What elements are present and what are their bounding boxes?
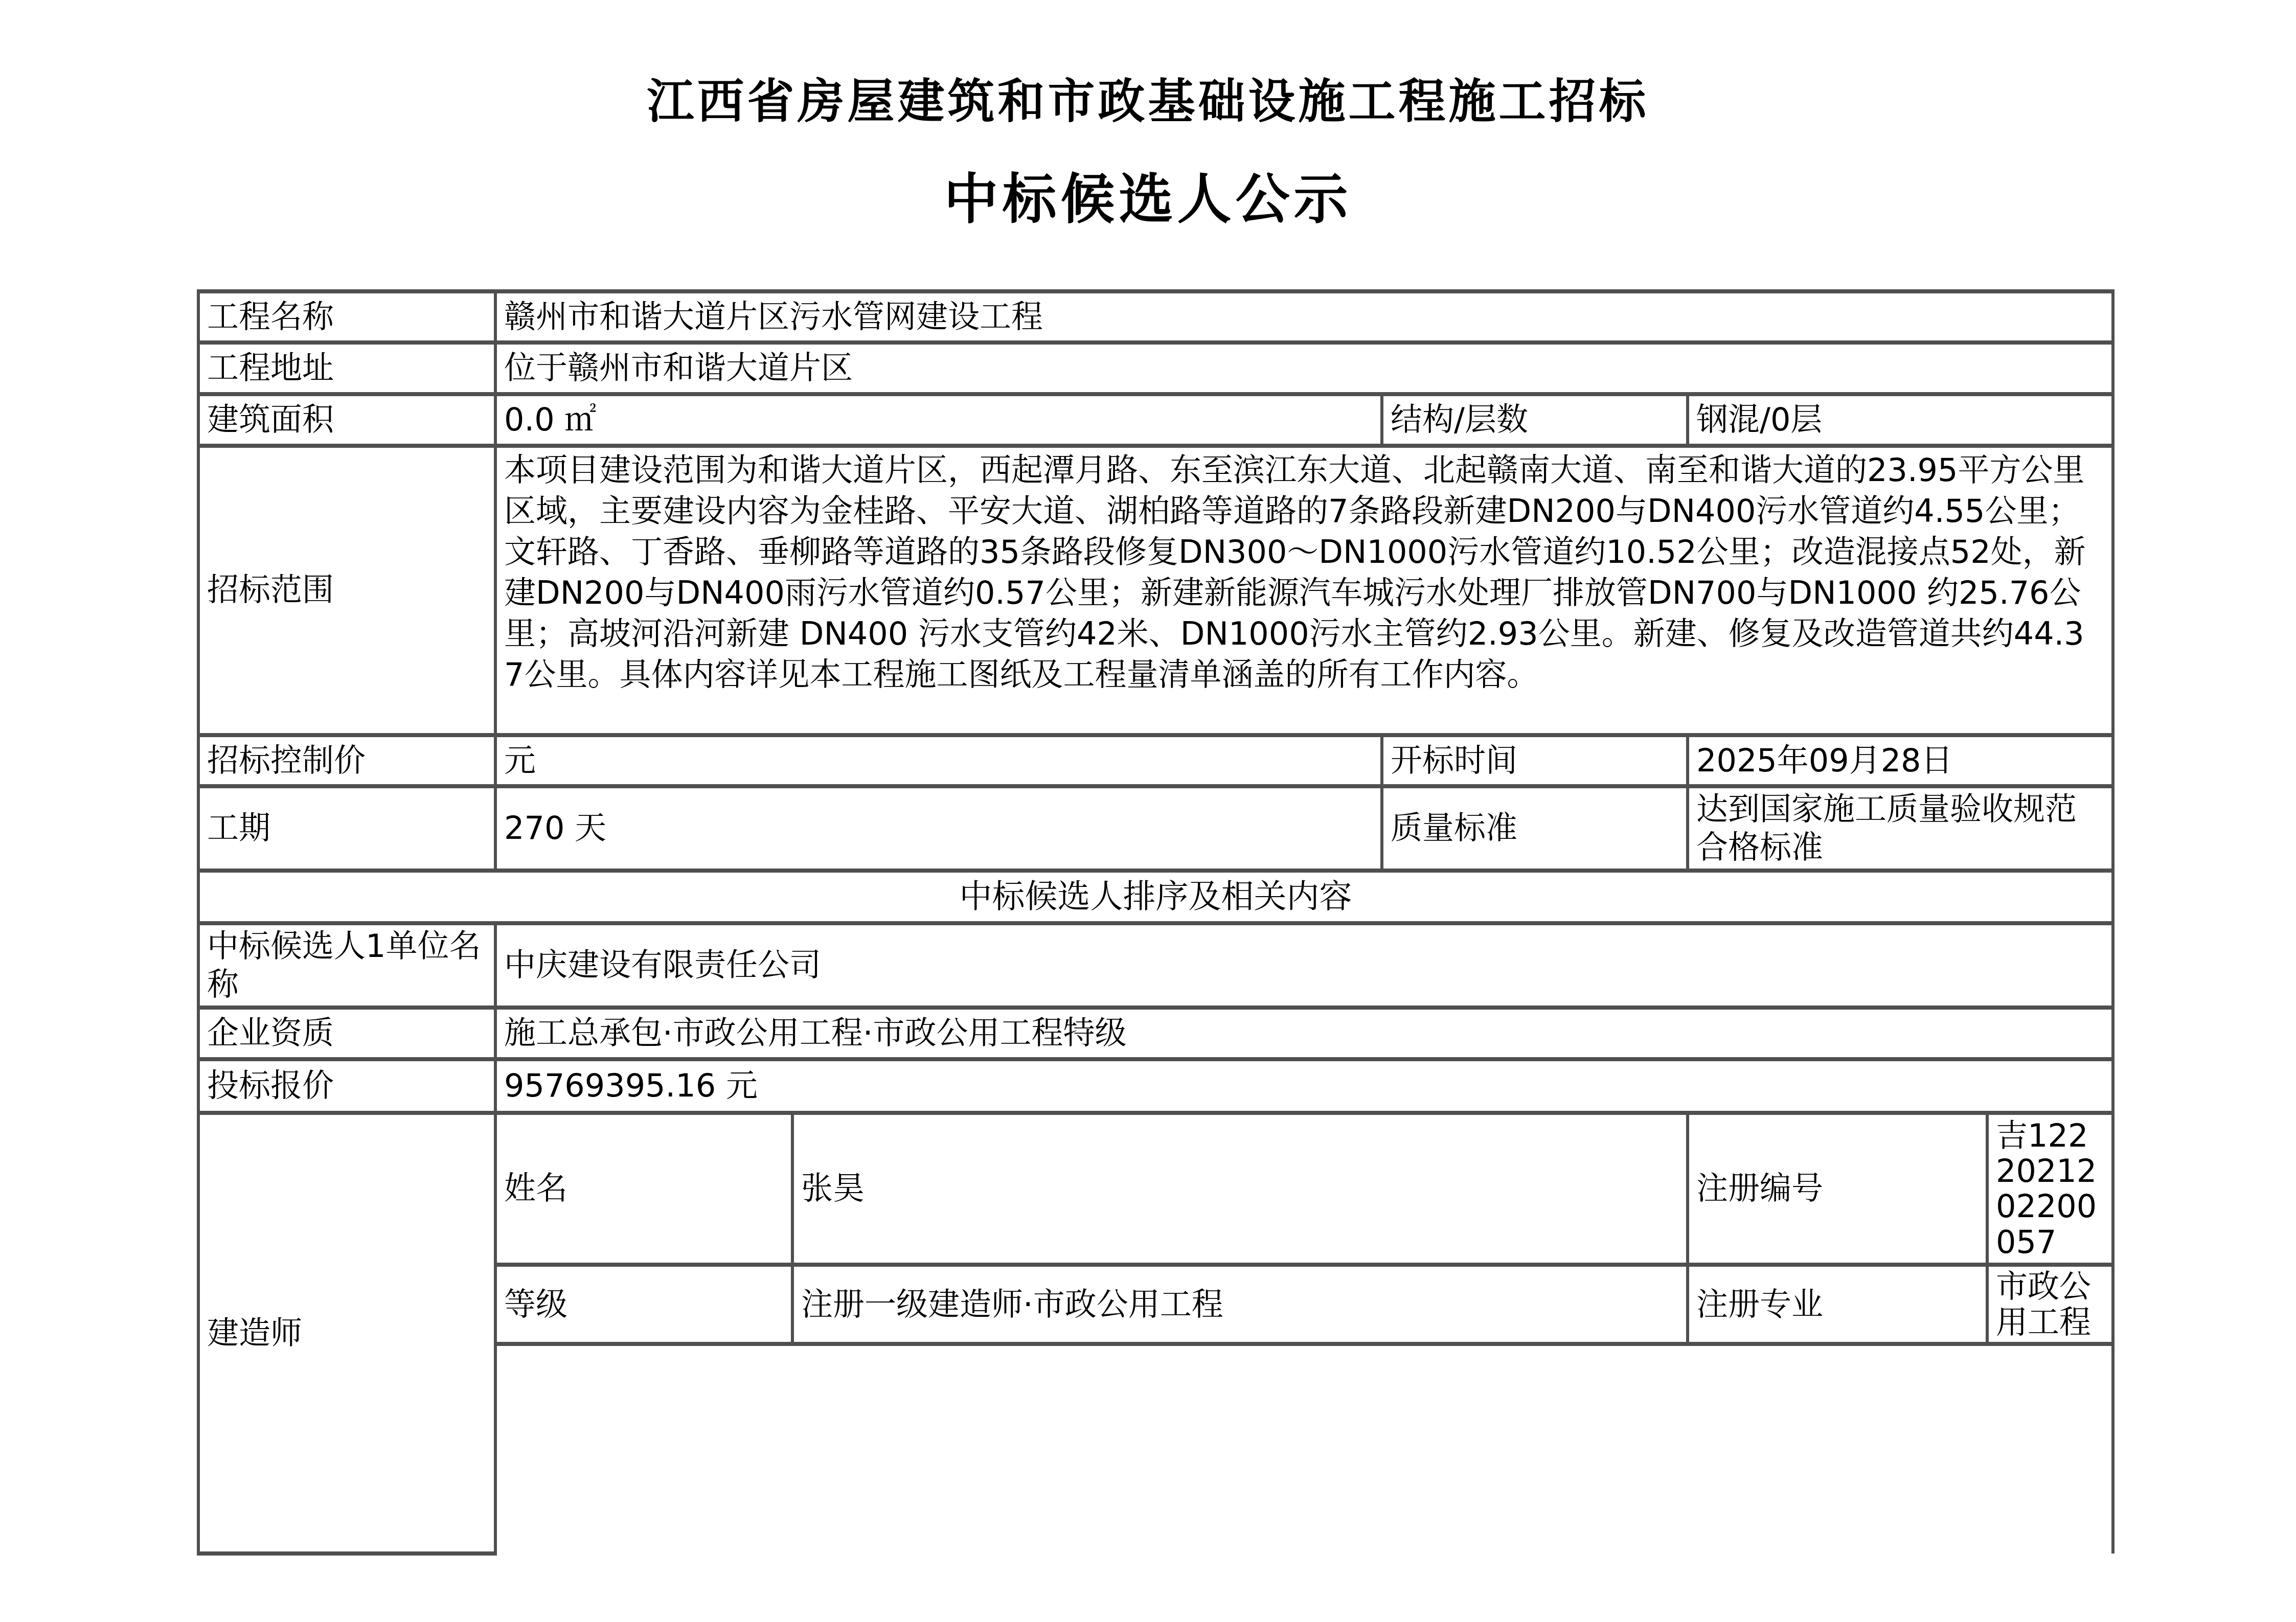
duration-label: 工期: [198, 786, 495, 871]
qualification-label: 企业资质: [198, 1008, 495, 1059]
builder-major-label: 注册专业: [1688, 1265, 1987, 1344]
candidates-section-header: 中标候选人排序及相关内容: [198, 871, 2113, 923]
document-title-line1: 江西省房屋建筑和市政基础设施工程施工招标: [0, 0, 2296, 126]
table-row: 工期 270 天 质量标准 达到国家施工质量验收规范合格标准: [198, 786, 2113, 871]
control-price-value: 元: [495, 735, 1382, 787]
table-row: 工程地址 位于赣州市和谐大道片区: [198, 342, 2113, 394]
quality-standard-value: 达到国家施工质量验收规范合格标准: [1688, 786, 2113, 871]
announcement-document: 江西省房屋建筑和市政基础设施工程施工招标 中标候选人公示 工程名称 赣州市和谐大…: [0, 0, 2296, 1622]
builder-grade-value: 注册一级建造师·市政公用工程: [792, 1265, 1688, 1344]
bid-scope-value: 本项目建设范围为和谐大道片区，西起潭月路、东至滨江东大道、北起赣南大道、南至和谐…: [495, 446, 2113, 735]
builder-label: 建造师: [198, 1113, 495, 1554]
project-address-value: 位于赣州市和谐大道片区: [495, 342, 2113, 394]
control-price-label: 招标控制价: [198, 735, 495, 787]
table-row: 中标候选人1单位名称 中庆建设有限责任公司: [198, 923, 2113, 1008]
quality-standard-label: 质量标准: [1382, 786, 1688, 871]
table-row: 投标报价 95769395.16 元: [198, 1059, 2113, 1113]
open-time-value: 2025年09月28日: [1688, 735, 2113, 787]
building-area-label: 建筑面积: [198, 394, 495, 446]
table-row: 建造师 姓名 张昊 注册编号 吉1222021202200057: [198, 1113, 2113, 1265]
bid-price-label: 投标报价: [198, 1059, 495, 1113]
candidate1-name-label: 中标候选人1单位名称: [198, 923, 495, 1008]
open-time-label: 开标时间: [1382, 735, 1688, 787]
qualification-value: 施工总承包·市政公用工程·市政公用工程特级: [495, 1008, 2113, 1059]
project-address-label: 工程地址: [198, 342, 495, 394]
structure-floors-value: 钢混/0层: [1688, 394, 2113, 446]
candidate1-name-value: 中庆建设有限责任公司: [495, 923, 2113, 1008]
bid-price-value: 95769395.16 元: [495, 1059, 2113, 1113]
builder-name-value: 张昊: [792, 1113, 1688, 1265]
table-row: 招标控制价 元 开标时间 2025年09月28日: [198, 735, 2113, 787]
builder-grade-label: 等级: [495, 1265, 792, 1344]
bid-scope-label: 招标范围: [198, 446, 495, 735]
empty-cell: [495, 1344, 1987, 1554]
builder-reg-no-label: 注册编号: [1688, 1113, 1987, 1265]
project-name-value: 赣州市和谐大道片区污水管网建设工程: [495, 291, 2113, 343]
duration-value: 270 天: [495, 786, 1382, 871]
document-title-line2: 中标候选人公示: [0, 170, 2296, 227]
structure-floors-label: 结构/层数: [1382, 394, 1688, 446]
table-row: 企业资质 施工总承包·市政公用工程·市政公用工程特级: [198, 1008, 2113, 1059]
table-row: 招标范围 本项目建设范围为和谐大道片区，西起潭月路、东至滨江东大道、北起赣南大道…: [198, 446, 2113, 735]
table-row: 工程名称 赣州市和谐大道片区污水管网建设工程: [198, 291, 2113, 343]
builder-major-value: 市政公用工程: [1987, 1265, 2113, 1344]
project-name-label: 工程名称: [198, 291, 495, 343]
table-row: 中标候选人排序及相关内容: [198, 871, 2113, 923]
builder-reg-no-value: 吉1222021202200057: [1987, 1113, 2113, 1265]
building-area-value: 0.0 ㎡: [495, 394, 1382, 446]
empty-cell: [1987, 1344, 2113, 1554]
builder-name-label: 姓名: [495, 1113, 792, 1265]
bid-announcement-table: 工程名称 赣州市和谐大道片区污水管网建设工程 工程地址 位于赣州市和谐大道片区 …: [197, 289, 2115, 1556]
table-row: 建筑面积 0.0 ㎡ 结构/层数 钢混/0层: [198, 394, 2113, 446]
